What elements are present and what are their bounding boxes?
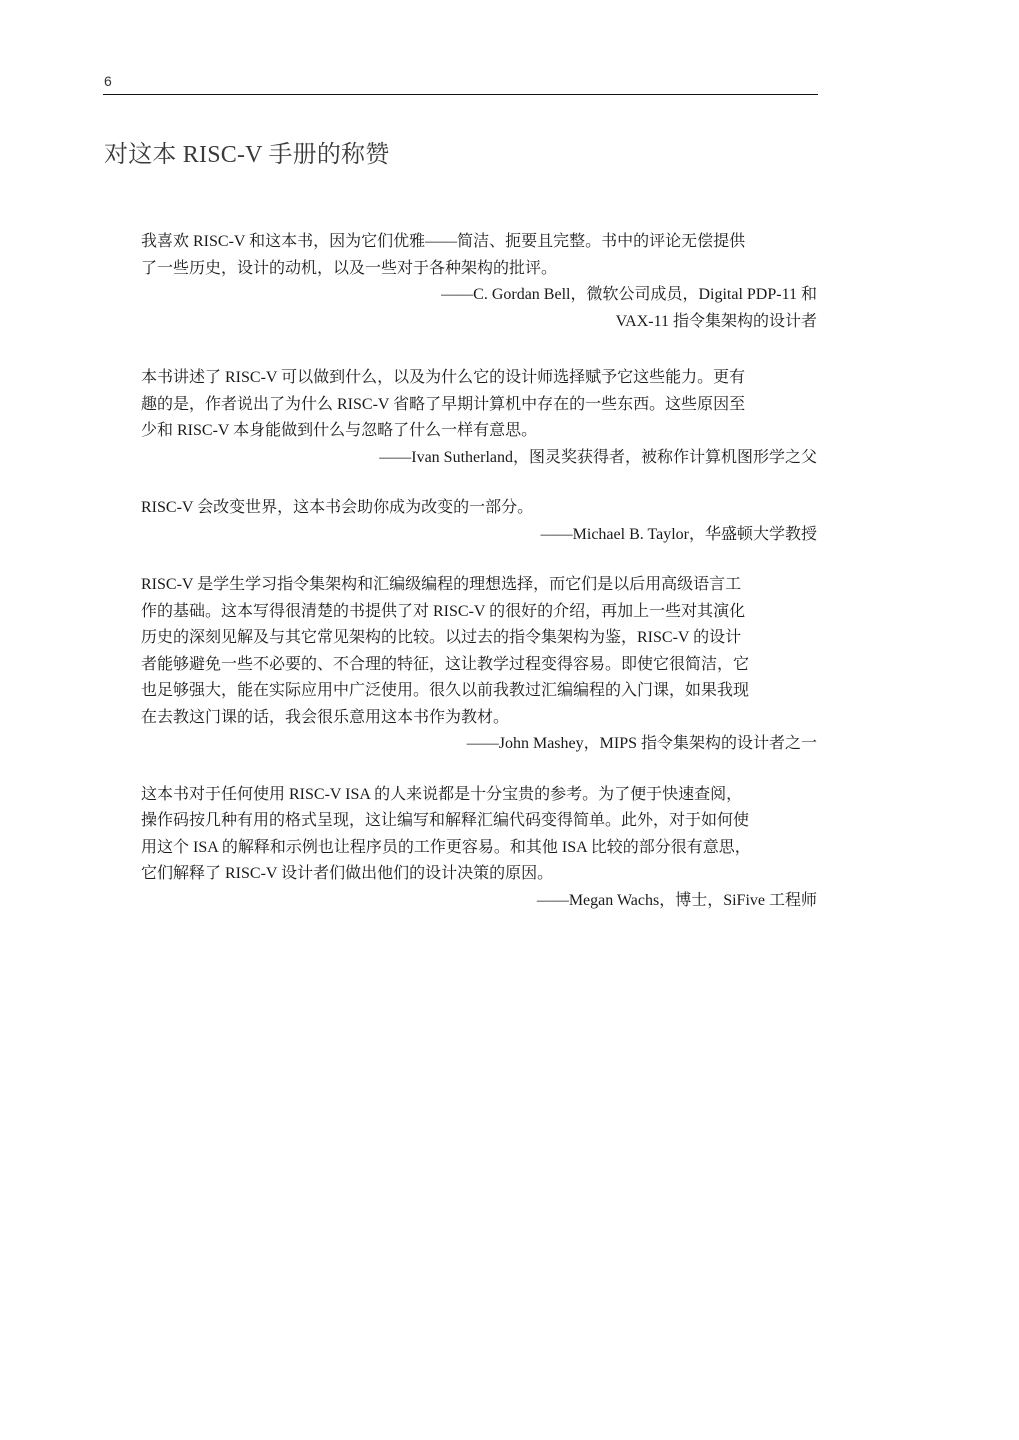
attribution-line: VAX-11 指令集架构的设计者: [141, 309, 817, 336]
page-title: 对这本 RISC-V 手册的称赞: [104, 134, 389, 169]
quote-line: 者能够避免一些不必要的、不合理的特征，这让教学过程变得容易。即使它很简洁，它: [141, 652, 817, 679]
quote-attribution: ——C. Gordan Bell，微软公司成员，Digital PDP-11 和…: [141, 282, 817, 335]
quote-line: 趣的是，作者说出了为什么 RISC-V 省略了早期计算机中存在的一些东西。这些原…: [141, 392, 817, 419]
quote-line: RISC-V 是学生学习指令集架构和汇编级编程的理想选择，而它们是以后用高级语言…: [141, 572, 817, 599]
attribution-line: ——Michael B. Taylor，华盛顿大学教授: [141, 522, 817, 549]
quote-bell: 我喜欢 RISC-V 和这本书，因为它们优雅——简洁、扼要且完整。书中的评论无偿…: [141, 229, 817, 335]
quote-line: 也足够强大，能在实际应用中广泛使用。很久以前我教过汇编编程的入门课，如果我现: [141, 678, 817, 705]
quote-text: RISC-V 会改变世界，这本书会助你成为改变的一部分。: [141, 495, 817, 522]
quote-attribution: ——Michael B. Taylor，华盛顿大学教授: [141, 522, 817, 549]
quote-line: 我喜欢 RISC-V 和这本书，因为它们优雅——简洁、扼要且完整。书中的评论无偿…: [141, 229, 817, 256]
quote-text: 本书讲述了 RISC-V 可以做到什么，以及为什么它的设计师选择赋予它这些能力。…: [141, 365, 817, 445]
attribution-line: ——C. Gordan Bell，微软公司成员，Digital PDP-11 和: [141, 282, 817, 309]
quote-line: 了一些历史，设计的动机，以及一些对于各种架构的批评。: [141, 256, 817, 283]
quote-sutherland: 本书讲述了 RISC-V 可以做到什么，以及为什么它的设计师选择赋予它这些能力。…: [141, 365, 817, 471]
attribution-line: ——Megan Wachs，博士，SiFive 工程师: [141, 888, 817, 915]
quote-text: 这本书对于任何使用 RISC-V ISA 的人来说都是十分宝贵的参考。为了便于快…: [141, 782, 817, 888]
quote-attribution: ——Megan Wachs，博士，SiFive 工程师: [141, 888, 817, 915]
quote-text: 我喜欢 RISC-V 和这本书，因为它们优雅——简洁、扼要且完整。书中的评论无偿…: [141, 229, 817, 282]
page-number: 6: [104, 73, 112, 89]
quote-attribution: ——John Mashey，MIPS 指令集架构的设计者之一: [141, 731, 817, 758]
quote-taylor: RISC-V 会改变世界，这本书会助你成为改变的一部分。 ——Michael B…: [141, 495, 817, 548]
attribution-line: ——Ivan Sutherland，图灵奖获得者，被称作计算机图形学之父: [141, 445, 817, 472]
quote-line: 它们解释了 RISC-V 设计者们做出他们的设计决策的原因。: [141, 861, 817, 888]
quote-attribution: ——Ivan Sutherland，图灵奖获得者，被称作计算机图形学之父: [141, 445, 817, 472]
quote-line: 少和 RISC-V 本身能做到什么与忽略了什么一样有意思。: [141, 418, 817, 445]
quote-line: 历史的深刻见解及与其它常见架构的比较。以过去的指令集架构为鉴，RISC-V 的设…: [141, 625, 817, 652]
quote-line: 用这个 ISA 的解释和示例也让程序员的工作更容易。和其他 ISA 比较的部分很…: [141, 835, 817, 862]
header-rule: [103, 94, 818, 95]
quote-line: 这本书对于任何使用 RISC-V ISA 的人来说都是十分宝贵的参考。为了便于快…: [141, 782, 817, 809]
quote-text: RISC-V 是学生学习指令集架构和汇编级编程的理想选择，而它们是以后用高级语言…: [141, 572, 817, 731]
quote-line: RISC-V 会改变世界，这本书会助你成为改变的一部分。: [141, 495, 817, 522]
quote-line: 操作码按几种有用的格式呈现，这让编写和解释汇编代码变得简单。此外，对于如何使: [141, 808, 817, 835]
quote-wachs: 这本书对于任何使用 RISC-V ISA 的人来说都是十分宝贵的参考。为了便于快…: [141, 782, 817, 915]
attribution-line: ——John Mashey，MIPS 指令集架构的设计者之一: [141, 731, 817, 758]
quote-mashey: RISC-V 是学生学习指令集架构和汇编级编程的理想选择，而它们是以后用高级语言…: [141, 572, 817, 758]
quote-line: 作的基础。这本写得很清楚的书提供了对 RISC-V 的很好的介绍，再加上一些对其…: [141, 599, 817, 626]
quotes-section: 我喜欢 RISC-V 和这本书，因为它们优雅——简洁、扼要且完整。书中的评论无偿…: [141, 229, 817, 938]
quote-line: 本书讲述了 RISC-V 可以做到什么，以及为什么它的设计师选择赋予它这些能力。…: [141, 365, 817, 392]
quote-line: 在去教这门课的话，我会很乐意用这本书作为教材。: [141, 705, 817, 732]
